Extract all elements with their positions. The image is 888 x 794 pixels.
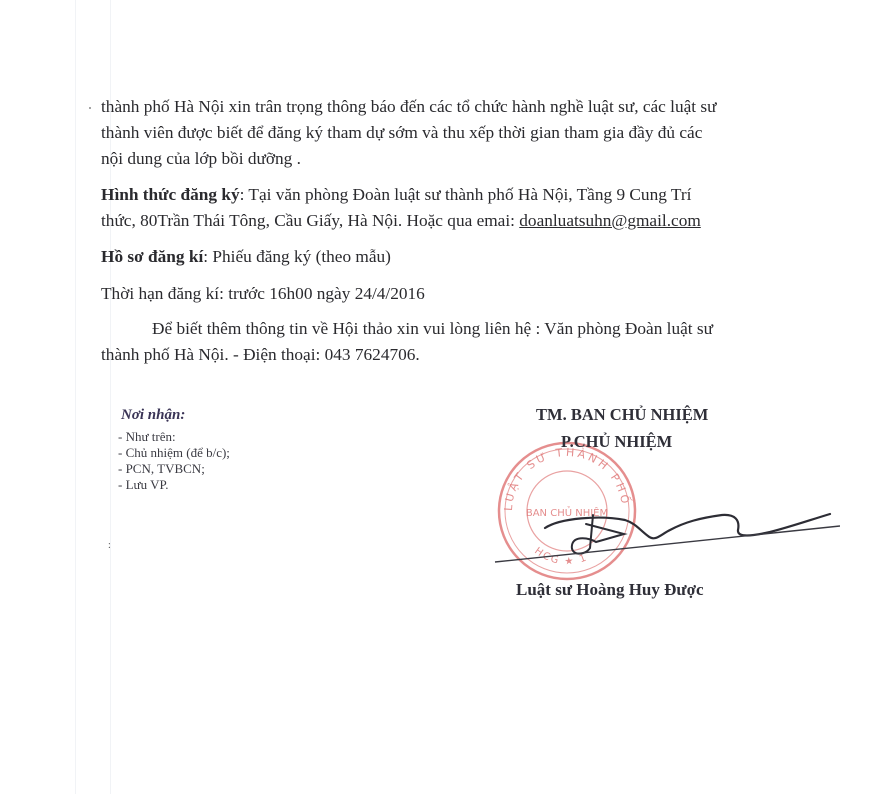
contact-line1: Để biết thêm thông tin về Hội thảo xin v… [152, 318, 713, 340]
recipient-item: - Lưu VP. [118, 477, 169, 493]
registration-documents-label: Hồ sơ đăng kí [101, 247, 203, 266]
recipients-title: Nơi nhận: [121, 407, 185, 424]
registration-method-line1: Hình thức đăng ký: Tại văn phòng Đoàn lu… [101, 184, 691, 206]
contact-line2: thành phố Hà Nội. - Điện thoại: 043 7624… [101, 344, 420, 366]
signature-title2: P.CHỦ NHIỆM [561, 432, 672, 452]
recipient-item: - Như trên: [118, 429, 176, 445]
registration-method-text: : Tại văn phòng Đoàn luật sư thành phố H… [240, 185, 692, 204]
scan-mark: : [108, 540, 111, 551]
paragraph1-line2: thành viên được biết để đăng ký tham dự … [101, 122, 702, 144]
signer-name: Luật sư Hoàng Huy Được [516, 580, 704, 600]
deadline: Thời hạn đăng kí: trước 16h00 ngày 24/4/… [101, 283, 425, 305]
scan-artifact [75, 0, 76, 794]
paragraph1-line1: thành phố Hà Nội xin trân trọng thông bá… [101, 96, 717, 118]
scan-artifact [110, 0, 111, 794]
registration-documents: Hồ sơ đăng kí: Phiếu đăng ký (theo mẫu) [101, 246, 391, 268]
signature-title1: TM. BAN CHỦ NHIỆM [536, 405, 708, 425]
registration-method-label: Hình thức đăng ký [101, 185, 240, 204]
registration-documents-value: : Phiếu đăng ký (theo mẫu) [203, 247, 391, 266]
email-link[interactable]: doanluatsuhn@gmail.com [519, 211, 701, 230]
scan-dot [89, 107, 91, 109]
registration-method-address: thức, 80Trần Thái Tông, Cầu Giấy, Hà Nội… [101, 211, 519, 230]
recipient-item: - Chủ nhiệm (để b/c); [118, 445, 230, 461]
handwritten-signature-icon [490, 490, 840, 580]
paragraph1-line3: nội dung của lớp bồi dưỡng . [101, 148, 301, 170]
registration-method-line2: thức, 80Trần Thái Tông, Cầu Giấy, Hà Nội… [101, 210, 701, 232]
recipient-item: - PCN, TVBCN; [118, 461, 205, 477]
